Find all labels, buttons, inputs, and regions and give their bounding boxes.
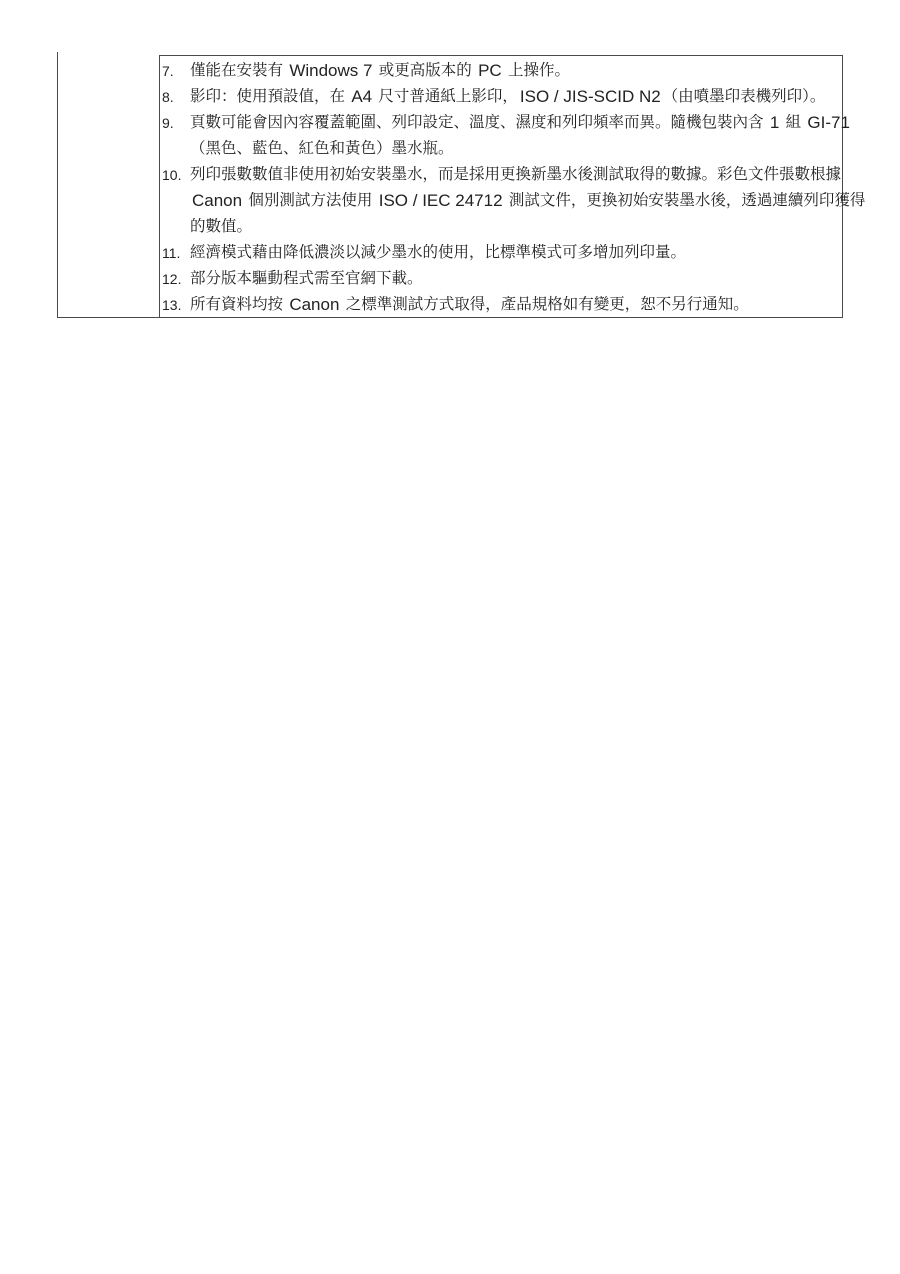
footnote-line: 列印張數數值非使用初始安裝墨水，而是採用更換新墨水後測試取得的數據。彩色文件張數… (190, 162, 865, 188)
footnote-line: 頁數可能會因內容覆蓋範圍、列印設定、溫度、濕度和列印頻率而異。隨機包裝內含 1 … (190, 110, 852, 136)
footnote-number: 13. (162, 292, 190, 318)
footnote-line: 僅能在安裝有 Windows 7 或更高版本的 PC 上操作。 (190, 58, 842, 84)
footnote-number: 9. (162, 110, 190, 136)
cjk-text-run: 頁數可能會因內容覆蓋範圍、列印設定、溫度、濕度和列印頻率而異。隨機包裝內含 (190, 114, 768, 131)
footnote-number: 12. (162, 266, 190, 292)
cjk-text-run: 僅能在安裝有 (190, 62, 287, 79)
footnote-line: 影印：使用預設值，在 A4 尺寸普通紙上影印，ISO / JIS-SCID N2… (190, 84, 842, 110)
footnote-item-13: 13.所有資料均按 Canon 之標準測試方式取得，產品規格如有變更，恕不另行通… (162, 292, 842, 318)
footnote-number: 11. (162, 240, 190, 266)
footnote-line: 所有資料均按 Canon 之標準測試方式取得，產品規格如有變更，恕不另行通知。 (190, 292, 842, 318)
cjk-text-run: 組 (781, 114, 805, 131)
cjk-text-run: 的數值。 (190, 218, 252, 235)
footnotes-list: 7.僅能在安裝有 Windows 7 或更高版本的 PC 上操作。8.影印：使用… (162, 58, 842, 318)
footnote-line: 經濟模式藉由降低濃淡以減少墨水的使用，比標準模式可多增加列印量。 (190, 240, 842, 266)
footnote-text: 頁數可能會因內容覆蓋範圍、列印設定、溫度、濕度和列印頻率而異。隨機包裝內含 1 … (190, 110, 852, 162)
document-page: 7.僅能在安裝有 Windows 7 或更高版本的 PC 上操作。8.影印：使用… (0, 0, 900, 1274)
footnote-number: 7. (162, 58, 190, 84)
cjk-text-run: （黑色、藍色、紅色和黃色）墨水瓶。 (190, 140, 454, 157)
footnote-item-8: 8.影印：使用預設值，在 A4 尺寸普通紙上影印，ISO / JIS-SCID … (162, 84, 842, 110)
footnote-number: 10. (162, 162, 190, 188)
footnote-item-12: 12.部分版本驅動程式需至官網下載。 (162, 266, 842, 292)
cjk-text-run: 影印：使用預設值，在 (190, 88, 349, 105)
latin-text-run: Canon (192, 191, 242, 210)
cjk-text-run: （由噴墨印表機列印）。 (663, 88, 826, 105)
footnote-line: （黑色、藍色、紅色和黃色）墨水瓶。 (190, 136, 852, 162)
cjk-text-run: 經濟模式藉由降低濃淡以減少墨水的使用，比標準模式可多增加列印量。 (190, 244, 686, 261)
footnote-line: Canon 個別測試方法使用 ISO / IEC 24712 測試文件，更換初始… (190, 188, 865, 214)
latin-text-run: ISO / IEC 24712 (379, 191, 503, 210)
footnote-line: 的數值。 (190, 214, 865, 240)
footnote-text: 列印張數數值非使用初始安裝墨水，而是採用更換新墨水後測試取得的數據。彩色文件張數… (190, 162, 865, 240)
cjk-text-run: 測試文件，更換初始安裝墨水後，透過連續列印獲得 (505, 192, 866, 209)
footnote-item-7: 7.僅能在安裝有 Windows 7 或更高版本的 PC 上操作。 (162, 58, 842, 84)
cjk-text-run: 尺寸普通紙上影印， (374, 88, 518, 105)
footnote-line: 部分版本驅動程式需至官網下載。 (190, 266, 842, 292)
cjk-text-run: 個別測試方法使用 (244, 192, 377, 209)
footnote-text: 部分版本驅動程式需至官網下載。 (190, 266, 842, 292)
footnote-item-11: 11.經濟模式藉由降低濃淡以減少墨水的使用，比標準模式可多增加列印量。 (162, 240, 842, 266)
footnote-text: 影印：使用預設值，在 A4 尺寸普通紙上影印，ISO / JIS-SCID N2… (190, 84, 842, 110)
table-left-label-cell (57, 52, 159, 318)
cjk-text-run: 部分版本驅動程式需至官網下載。 (190, 270, 423, 287)
footnote-text: 經濟模式藉由降低濃淡以減少墨水的使用，比標準模式可多增加列印量。 (190, 240, 842, 266)
footnote-text: 僅能在安裝有 Windows 7 或更高版本的 PC 上操作。 (190, 58, 842, 84)
cjk-text-run: 之標準測試方式取得，產品規格如有變更，恕不另行通知。 (341, 296, 748, 313)
latin-text-run: 1 (770, 113, 779, 132)
cjk-text-run: 列印張數數值非使用初始安裝墨水，而是採用更換新墨水後測試取得的數據。彩色文件張數… (190, 166, 841, 183)
cjk-text-run: 上操作。 (504, 62, 570, 79)
latin-text-run: PC (478, 61, 502, 80)
footnote-number: 8. (162, 84, 190, 110)
cjk-text-run: 所有資料均按 (190, 296, 287, 313)
footnote-item-10: 10.列印張數數值非使用初始安裝墨水，而是採用更換新墨水後測試取得的數據。彩色文… (162, 162, 842, 240)
table-footnotes-cell: 7.僅能在安裝有 Windows 7 或更高版本的 PC 上操作。8.影印：使用… (159, 55, 843, 318)
latin-text-run: A4 (351, 87, 372, 106)
latin-text-run: Canon (289, 295, 339, 314)
cjk-text-run: 或更高版本的 (374, 62, 476, 79)
footnote-item-9: 9.頁數可能會因內容覆蓋範圍、列印設定、溫度、濕度和列印頻率而異。隨機包裝內含 … (162, 110, 842, 162)
latin-text-run: Windows 7 (289, 61, 372, 80)
latin-text-run: GI-71 (807, 113, 850, 132)
latin-text-run: ISO / JIS-SCID N2 (520, 87, 661, 106)
footnote-text: 所有資料均按 Canon 之標準測試方式取得，產品規格如有變更，恕不另行通知。 (190, 292, 842, 318)
